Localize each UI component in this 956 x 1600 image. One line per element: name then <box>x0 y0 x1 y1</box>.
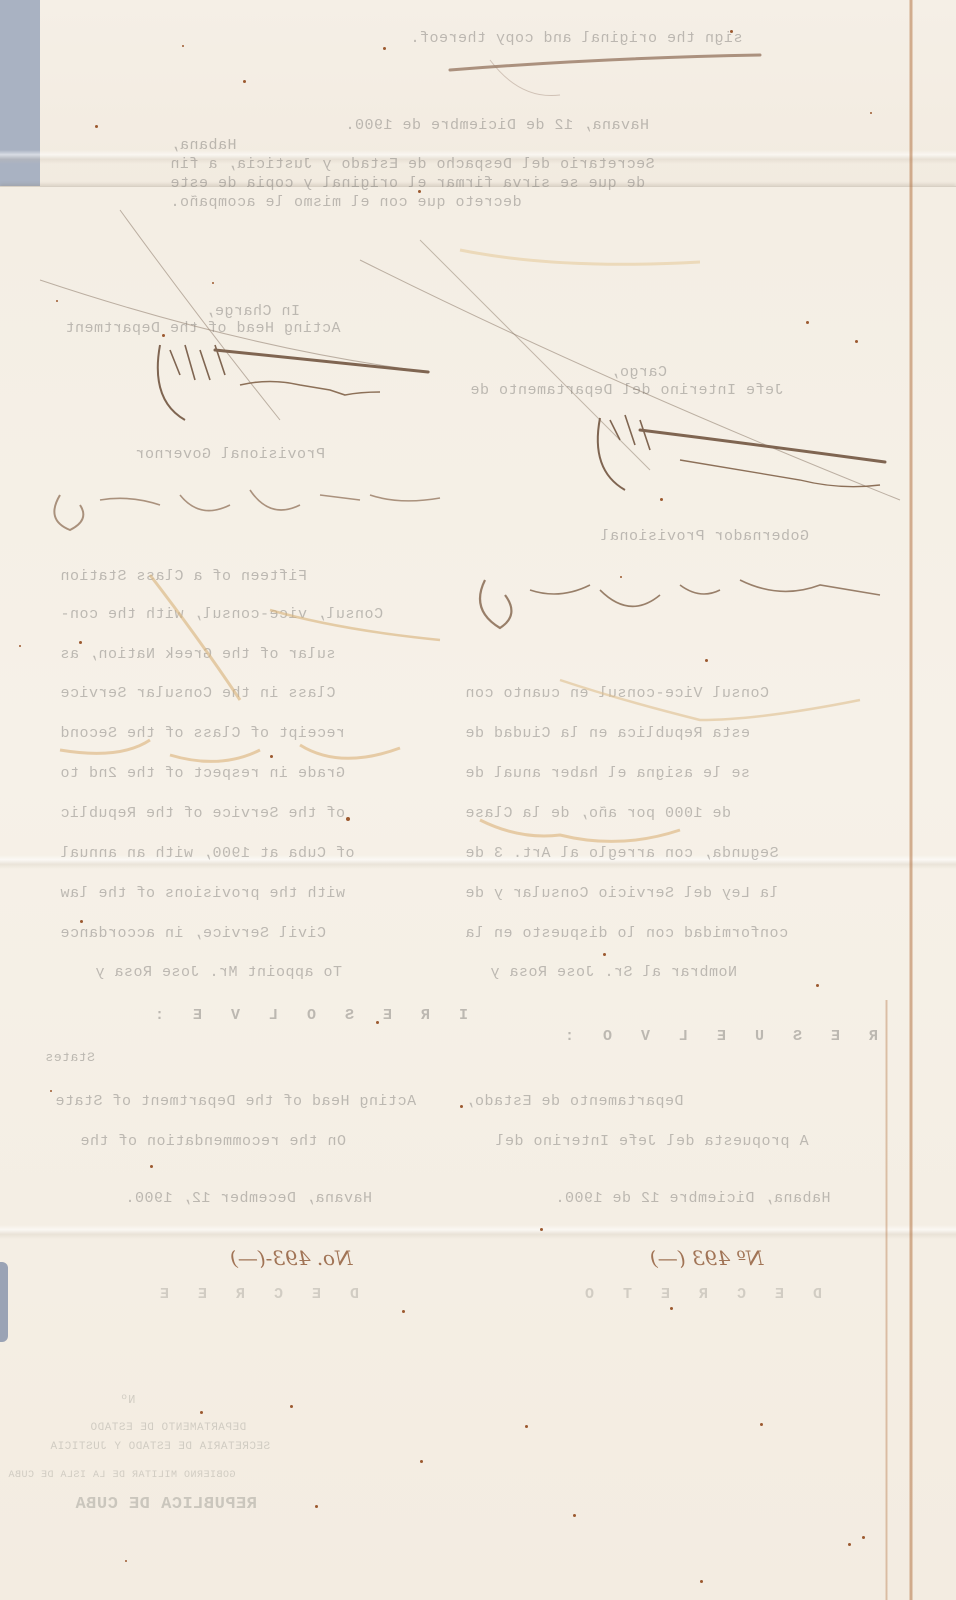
body-right-line: Consul Vice-consul en cuanto con <box>465 685 769 702</box>
provisional-governor-title: Provisional Governor <box>135 446 325 463</box>
margin-word: States <box>45 1050 95 1065</box>
body-left-line: Fifteen of a Class Station <box>60 568 307 585</box>
fold-stain <box>885 1000 888 1600</box>
recommendation-left: Acting Head of the Department of State <box>55 1093 416 1110</box>
decree-heading-es: D E C R E T O <box>575 1286 822 1303</box>
crease <box>0 1225 956 1239</box>
letterhead-number-label: Nº <box>120 1393 135 1407</box>
bleed-text-line: decreto que con el mismo le acompaño. <box>170 194 522 211</box>
body-right-line: esta Republica en la Ciudad de <box>465 725 750 742</box>
decree-heading-en: D E C R E E <box>150 1286 359 1303</box>
body-left-line: receipt of Class of the Second <box>60 725 345 742</box>
body-left-line: Class in the Consular Service <box>60 685 336 702</box>
body-left-line: Consul, vice-consul, with the con- <box>60 606 383 623</box>
caption-right-2: Jefe Interino del Departamento de <box>470 382 784 399</box>
fold-stain <box>909 0 913 1600</box>
decree-number-left: No. 493-(—) <box>230 1246 352 1270</box>
body-left-line: To appoint Mr. Jose Rosa y <box>95 964 342 981</box>
body-right-line: de 1000 por año, de la Clase <box>465 805 731 822</box>
date-left: Havana, December 12, 1900. <box>125 1190 372 1207</box>
caption-right-1: Cargo, <box>610 364 667 381</box>
body-left-line: of Cuba at 1900, with an annual <box>60 845 355 862</box>
bleed-text-line: Secretario del Despacho de Estado y Just… <box>170 156 655 173</box>
recommendation-right: Departamento de Estado, <box>465 1093 684 1110</box>
body-left-line: with the provisions of the law <box>60 885 345 902</box>
recommendation-right: A propuesta del Jefe Interino del <box>495 1133 809 1150</box>
letterhead-title: REPUBLICA DE CUBA <box>75 1495 257 1514</box>
resolve-heading-en: I R E S O L V E : <box>145 1007 468 1024</box>
caption-left-2: Acting Head of the Department <box>65 320 341 337</box>
body-left-line: Grade in respect of the 2nd to <box>60 765 345 782</box>
decree-number-right: Nº 493 (—) <box>650 1246 763 1270</box>
letterhead-line: DEPARTAMENTO DE ESTADO <box>90 1422 246 1434</box>
bleed-text-line: de que se sirva firmar el original y cop… <box>170 175 645 192</box>
body-right-line: conformidad con lo dispuesto en la <box>465 925 788 942</box>
recommendation-left: On the recommendation of the <box>80 1133 346 1150</box>
bleed-text-line: Habana, <box>170 137 237 154</box>
letterhead-line: SECRETARIA DE ESTADO Y JUSTICIA <box>50 1441 270 1453</box>
scanner-background-tear <box>0 1262 8 1342</box>
body-right-line: Nombrar al Sr. Jose Rosa y <box>490 964 737 981</box>
caption-left-1: In Charge, <box>205 303 300 320</box>
body-right-line: Segunda, con arreglo al Art. 3 de <box>465 845 779 862</box>
resuelvo-heading-es: R E S U E L V O : <box>555 1028 878 1045</box>
body-right-line: la Ley del Servicio Consular y de <box>465 885 779 902</box>
body-left-line: Civil Service, in accordance <box>60 925 326 942</box>
gobernador-provisional-title: Gobernador Provisional <box>600 528 809 545</box>
bleed-text-line: Havana, 12 de Diciembre de 1900. <box>345 117 649 134</box>
body-right-line: se le asigna el haber anual de <box>465 765 750 782</box>
date-right: Habana, Diciembre 12 de 1900. <box>555 1190 831 1207</box>
bleed-text-line: sign the original and copy thereof. <box>410 30 743 47</box>
body-left-line: of the Service of the Republic <box>60 805 345 822</box>
letterhead-line: GOBIERNO MILITAR DE LA ISLA DE CUBA <box>8 1470 236 1481</box>
body-left-line: sular of the Greek Nation, as <box>60 646 336 663</box>
